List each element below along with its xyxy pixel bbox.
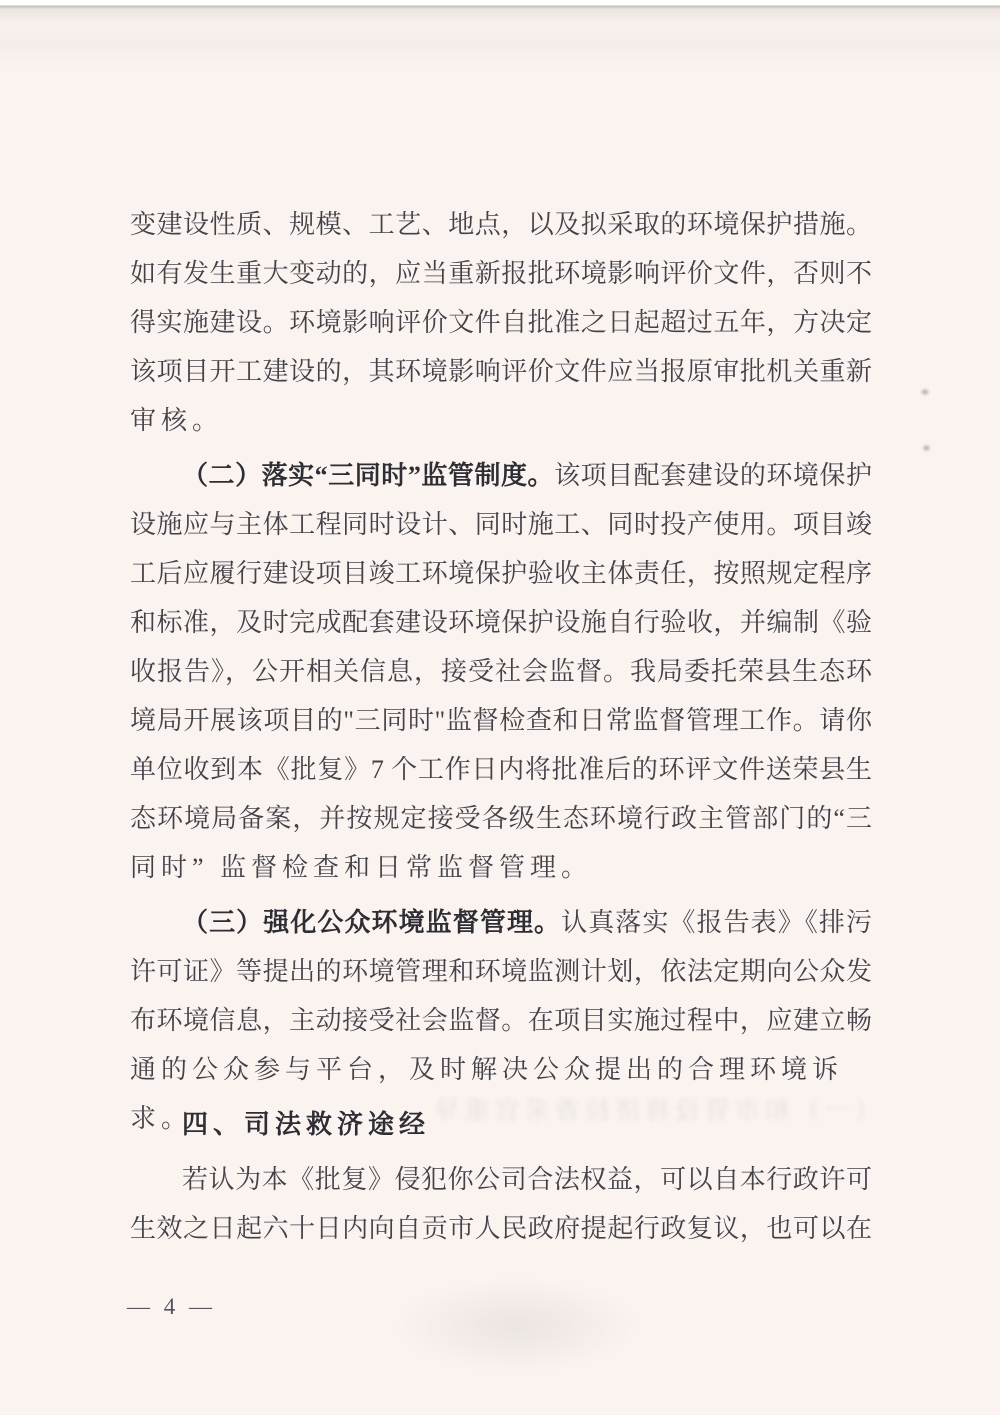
text-line: 生效之日起六十日内向自贡市人民政府提起行政复议，也可以在 bbox=[130, 1204, 872, 1253]
text-segment: 境局开展该项目的"三同时"监督检查和日常监督管理工作。请你 bbox=[130, 706, 872, 735]
text-segment: 审核。 bbox=[130, 406, 223, 435]
text-line: 若认为本《批复》侵犯你公司合法权益，可以自本行政许可 bbox=[130, 1155, 872, 1204]
text-segment: 该项目开工建设的，其环境影响评价文件应当报原审批机关重新 bbox=[130, 357, 872, 386]
text-line: 变建设性质、规模、工艺、地点，以及拟采取的环境保护措施。 bbox=[130, 200, 872, 249]
scan-speck bbox=[922, 444, 931, 452]
text-line: 设施应与主体工程同时设计、同时施工、同时投产使用。项目竣 bbox=[130, 500, 872, 549]
text-line: 审核。 bbox=[130, 396, 872, 445]
text-segment: 态环境局备案，并按规定接受各级生态环境行政主管部门的“三 bbox=[130, 804, 872, 833]
text-segment: 认真落实《报告表》《排污 bbox=[561, 908, 872, 937]
document-body: 变建设性质、规模、工艺、地点，以及拟采取的环境保护措施。如有发生重大变动的，应当… bbox=[130, 200, 872, 1253]
text-line: （三）强化公众环境监督管理。认真落实《报告表》《排污 bbox=[130, 898, 872, 947]
paragraph: （三）强化公众环境监督管理。认真落实《报告表》《排污许可证》等提出的环境管理和环… bbox=[130, 898, 872, 1094]
text-segment: 若认为本《批复》侵犯你公司合法权益，可以自本行政许可 bbox=[182, 1165, 872, 1194]
text-line: 如有发生重大变动的，应当重新报批环境影响评价文件，否则不 bbox=[130, 249, 872, 298]
paragraph: 变建设性质、规模、工艺、地点，以及拟采取的环境保护措施。如有发生重大变动的，应当… bbox=[130, 200, 872, 445]
text-segment: 变建设性质、规模、工艺、地点，以及拟采取的环境保护措施。 bbox=[130, 210, 872, 239]
text-line: 许可证》等提出的环境管理和环境监测计划，依法定期向公众发 bbox=[130, 947, 872, 996]
text-segment-bold: 四、司法救济途经 bbox=[182, 1110, 430, 1139]
text-line: 工后应履行建设项目竣工环境保护验收主体责任，按照规定程序 bbox=[130, 549, 872, 598]
text-line: 四、司法救济途经 bbox=[130, 1100, 872, 1149]
paragraph: 四、司法救济途经 bbox=[130, 1100, 872, 1149]
page-number: — 4 — bbox=[127, 1292, 216, 1322]
paragraph: （二）落实“三同时”监管制度。该项目配套建设的环境保护设施应与主体工程同时设计、… bbox=[130, 451, 872, 892]
text-segment: 设施应与主体工程同时设计、同时施工、同时投产使用。项目竣 bbox=[130, 510, 872, 539]
text-line: 单位收到本《批复》7 个工作日内将批准后的环评文件送荣县生 bbox=[130, 745, 872, 794]
scan-smudge bbox=[392, 1278, 642, 1373]
text-line: 和标准，及时完成配套建设环境保护设施自行验收，并编制《验 bbox=[130, 598, 872, 647]
scan-speck bbox=[920, 388, 930, 396]
text-segment-bold: （三）强化公众环境监督管理。 bbox=[182, 908, 561, 937]
text-segment: 同时” 监督检查和日常监督管理。 bbox=[130, 853, 592, 882]
text-segment: 布环境信息，主动接受社会监督。在项目实施过程中，应建立畅 bbox=[130, 1006, 872, 1035]
text-segment: 收报告》，公开相关信息，接受社会监督。我局委托荣县生态环 bbox=[130, 657, 872, 686]
paragraph: 若认为本《批复》侵犯你公司合法权益，可以自本行政许可生效之日起六十日内向自贡市人… bbox=[130, 1155, 872, 1253]
text-segment: 单位收到本《批复》7 个工作日内将批准后的环评文件送荣县生 bbox=[130, 755, 872, 784]
text-line: 通的公众参与平台，及时解决公众提出的合理环境诉求。 bbox=[130, 1045, 872, 1094]
text-segment: 如有发生重大变动的，应当重新报批环境影响评价文件，否则不 bbox=[130, 259, 872, 288]
text-segment: 生效之日起六十日内向自贡市人民政府提起行政复议，也可以在 bbox=[130, 1214, 872, 1243]
text-segment: 该项目配套建设的环境保护 bbox=[554, 461, 872, 490]
scanned-page: （一）和市管设将济拉香采官重导以平区三 变建设性质、规模、工艺、地点，以及拟采取… bbox=[0, 0, 1000, 1415]
text-segment: 许可证》等提出的环境管理和环境监测计划，依法定期向公众发 bbox=[130, 957, 872, 986]
text-line: （二）落实“三同时”监管制度。该项目配套建设的环境保护 bbox=[130, 451, 872, 500]
text-segment-bold: （二）落实“三同时”监管制度。 bbox=[182, 461, 554, 490]
text-segment: 得实施建设。环境影响评价文件自批准之日起超过五年，方决定 bbox=[130, 308, 872, 337]
text-segment: 和标准，及时完成配套建设环境保护设施自行验收，并编制《验 bbox=[130, 608, 872, 637]
text-line: 布环境信息，主动接受社会监督。在项目实施过程中，应建立畅 bbox=[130, 996, 872, 1045]
text-line: 得实施建设。环境影响评价文件自批准之日起超过五年，方决定 bbox=[130, 298, 872, 347]
text-line: 同时” 监督检查和日常监督管理。 bbox=[130, 843, 872, 892]
text-line: 态环境局备案，并按规定接受各级生态环境行政主管部门的“三 bbox=[130, 794, 872, 843]
text-segment: 工后应履行建设项目竣工环境保护验收主体责任，按照规定程序 bbox=[130, 559, 872, 588]
text-line: 收报告》，公开相关信息，接受社会监督。我局委托荣县生态环 bbox=[130, 647, 872, 696]
text-line: 境局开展该项目的"三同时"监督检查和日常监督管理工作。请你 bbox=[130, 696, 872, 745]
text-line: 该项目开工建设的，其环境影响评价文件应当报原审批机关重新 bbox=[130, 347, 872, 396]
